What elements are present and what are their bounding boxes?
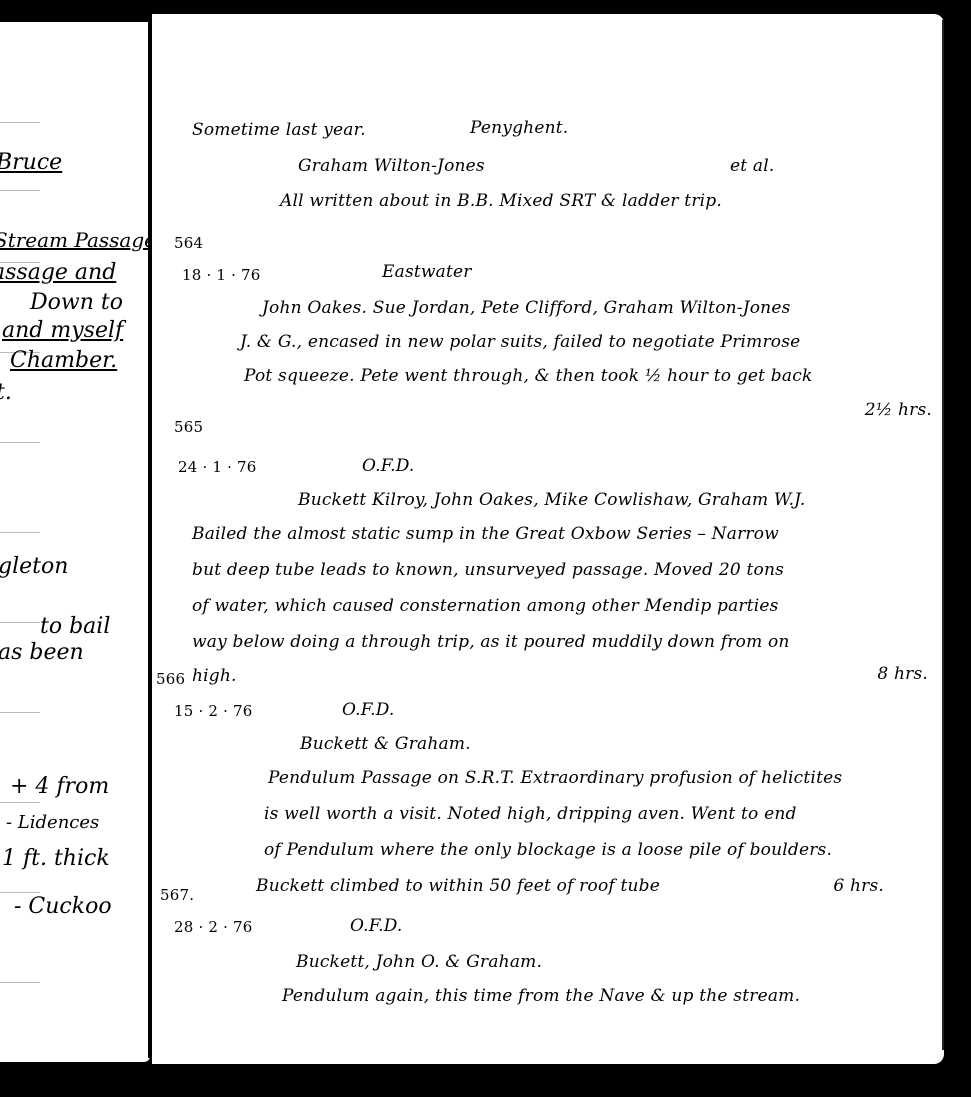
intro-party-suffix: et al. — [730, 156, 774, 176]
intro-cave: Penyghent. — [470, 118, 568, 138]
entry-cave: O.F.D. — [350, 916, 403, 936]
entry-number: 565 — [174, 418, 203, 436]
ruled-line — [0, 532, 40, 533]
entry-note: J. & G., encased in new polar suits, fai… — [240, 332, 800, 352]
intro-line: Sometime last year. — [192, 120, 366, 140]
ruled-line — [0, 442, 40, 443]
entry-note: Pot squeeze. Pete went through, & then t… — [244, 366, 812, 386]
left-fragment: gleton — [0, 554, 68, 579]
ruled-line — [0, 122, 40, 123]
left-fragment: Stream Passage — [0, 228, 156, 252]
entry-cave: O.F.D. — [342, 700, 395, 720]
adjacent-left-page: Bruce Stream Passage assage and Down to … — [0, 22, 150, 1062]
left-fragment: Down to — [30, 290, 123, 315]
left-fragment: assage and — [0, 260, 116, 285]
ruled-line — [0, 190, 40, 191]
entry-number: 564 — [174, 234, 203, 252]
entry-date: 18 · 1 · 76 — [182, 266, 261, 284]
ruled-line — [0, 622, 40, 623]
entry-date: 28 · 2 · 76 — [174, 918, 253, 936]
entry-note: of water, which caused consternation amo… — [192, 596, 779, 616]
intro-notes: All written about in B.B. Mixed SRT & la… — [280, 191, 722, 211]
entry-note: Pendulum again, this time from the Nave … — [282, 986, 800, 1006]
entry-number: 566 — [156, 670, 185, 688]
entry-cave: Eastwater — [382, 262, 472, 282]
entry-party: Buckett & Graham. — [300, 734, 471, 754]
entry-duration: 8 hrs. — [877, 664, 928, 684]
left-fragment: and myself — [2, 318, 123, 343]
entry-party: John Oakes. Sue Jordan, Pete Clifford, G… — [262, 298, 791, 318]
ruled-line — [0, 802, 40, 803]
entry-date: 24 · 1 · 76 — [178, 458, 257, 476]
left-fragment: + 4 from — [10, 774, 109, 799]
entry-number: 567. — [160, 886, 194, 904]
left-fragment: 1 ft. thick — [2, 846, 110, 871]
left-fragment: as been — [0, 640, 84, 665]
left-fragment: to bail — [40, 614, 110, 639]
entry-note: high. — [192, 666, 237, 686]
left-fragment: - Lidences — [6, 812, 99, 833]
left-fragment: t. — [0, 380, 12, 405]
left-fragment: Bruce — [0, 150, 62, 175]
entry-duration: 6 hrs. — [833, 876, 884, 896]
entry-note: but deep tube leads to known, unsurveyed… — [192, 560, 784, 580]
ruled-line — [0, 982, 40, 983]
scanned-logbook: Bruce Stream Passage assage and Down to … — [0, 0, 971, 1097]
entry-party: Buckett Kilroy, John Oakes, Mike Cowlish… — [298, 490, 805, 510]
logbook-page: Sometime last year. Penyghent. Graham Wi… — [152, 14, 944, 1064]
entry-note: way below doing a through trip, as it po… — [192, 632, 790, 652]
entry-duration: 2½ hrs. — [865, 400, 932, 420]
left-fragment: Chamber. — [10, 348, 117, 373]
entry-note: Buckett climbed to within 50 feet of roo… — [256, 876, 660, 896]
page-edge — [942, 20, 944, 1050]
entry-note: Pendulum Passage on S.R.T. Extraordinary… — [268, 768, 842, 788]
intro-party: Graham Wilton-Jones — [298, 156, 485, 176]
entry-date: 15 · 2 · 76 — [174, 702, 253, 720]
entry-note: of Pendulum where the only blockage is a… — [264, 840, 832, 860]
left-fragment: - Cuckoo — [14, 894, 112, 919]
ruled-line — [0, 712, 40, 713]
entry-note: is well worth a visit. Noted high, dripp… — [264, 804, 797, 824]
ruled-line — [0, 892, 40, 893]
entry-party: Buckett, John O. & Graham. — [296, 952, 542, 972]
entry-note: Bailed the almost static sump in the Gre… — [192, 524, 779, 544]
entry-cave: O.F.D. — [362, 456, 415, 476]
